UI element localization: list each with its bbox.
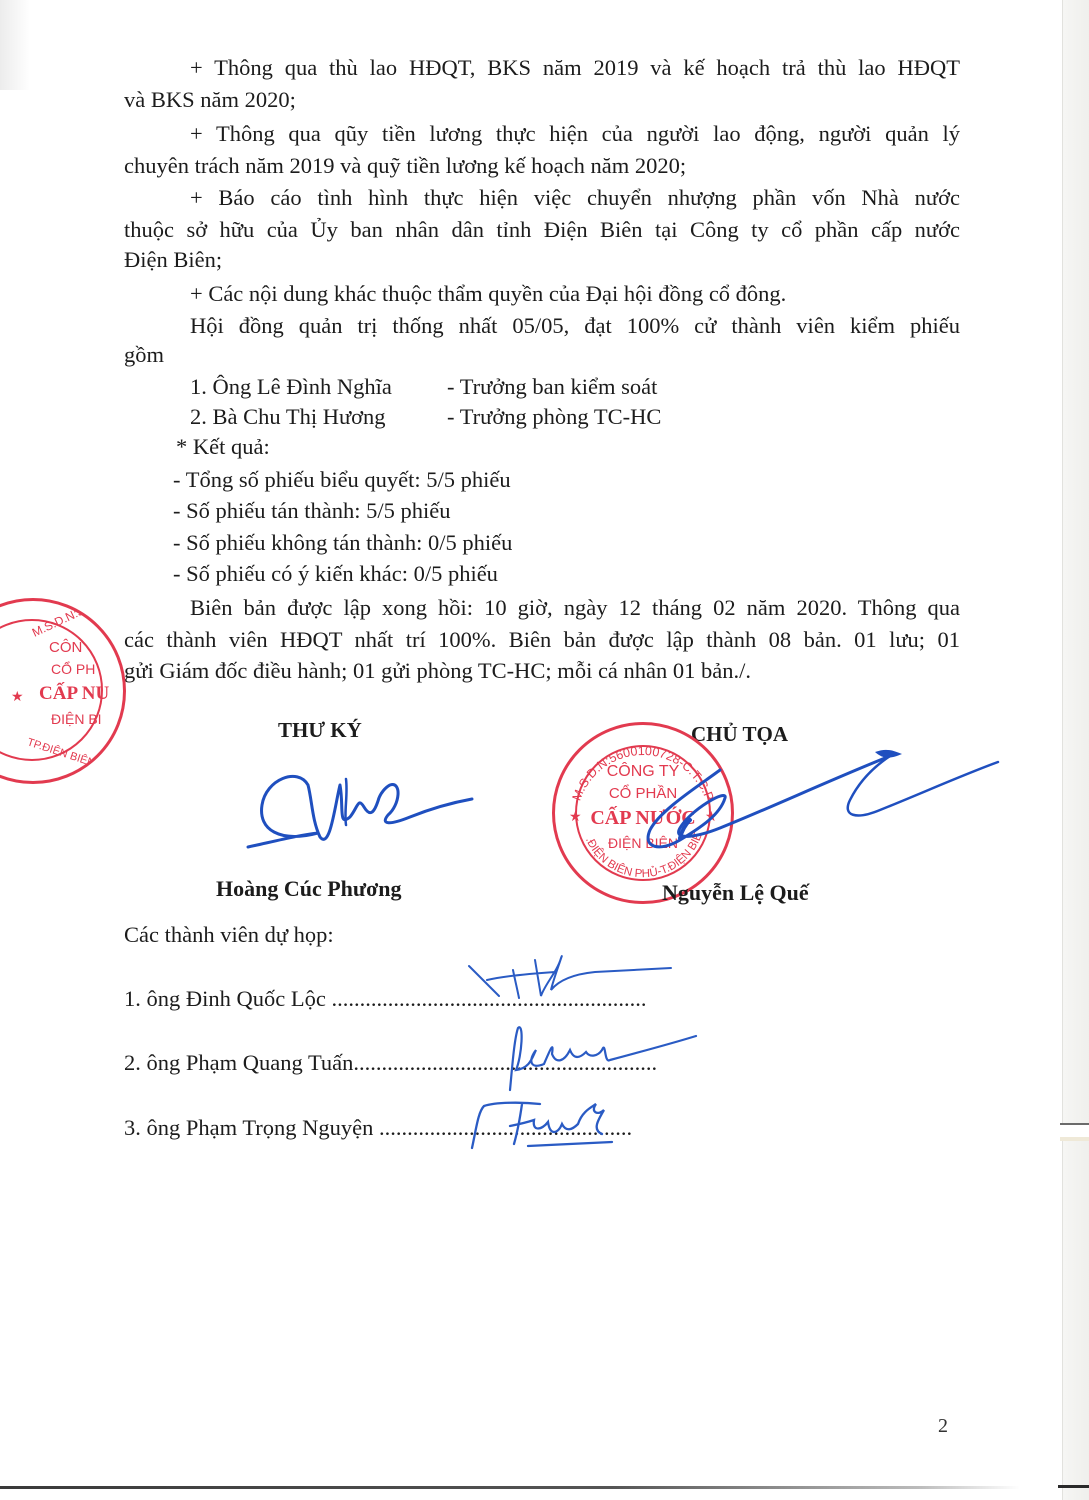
closing-line: Biên bản được lập xong hồi: 10 giờ, ngày… — [190, 592, 960, 624]
paragraph-line: + Các nội dung khác thuộc thẩm quyền của… — [190, 278, 786, 310]
paragraph-line: gồm — [124, 339, 164, 371]
closing-line: gửi Giám đốc điều hành; 01 gửi phòng TC-… — [124, 655, 751, 687]
result-line: - Số phiếu không tán thành: 0/5 phiếu — [173, 527, 512, 559]
attendee-signature-1 — [465, 950, 685, 1005]
attendee-name: 3. ông Phạm Trọng Nguyện — [124, 1115, 373, 1140]
scan-bottom-edge-right — [1058, 1485, 1089, 1488]
result-line: - Số phiếu tán thành: 5/5 phiếu — [173, 495, 450, 527]
result-line: - Tổng số phiếu biểu quyết: 5/5 phiếu — [173, 464, 511, 496]
result-line: - Số phiếu có ý kiến khác: 0/5 phiếu — [173, 558, 498, 590]
counter-name: 2. Bà Chu Thị Hương — [190, 401, 386, 433]
secretary-name: Hoàng Cúc Phương — [216, 873, 402, 905]
results-heading: * Kết quả: — [176, 431, 270, 463]
attendees-heading: Các thành viên dự họp: — [124, 919, 334, 951]
chair-signature — [620, 740, 1020, 870]
paragraph-line: Điện Biên; — [124, 244, 222, 276]
paragraph-line: và BKS năm 2020; — [124, 84, 296, 116]
counter-role: - Trưởng ban kiểm soát — [447, 371, 657, 403]
paragraph-line: + Thông qua qũy tiền lương thực hiện của… — [190, 118, 960, 150]
scan-shadow — [0, 0, 30, 90]
scan-edge-gap-bottom — [1060, 1137, 1089, 1141]
partial-company-stamp: CÔN CỔ PH CẤP NU ĐIỆN BI ★ M.S.D.N:56001… — [0, 598, 126, 784]
attendee-name: 2. ông Phạm Quang Tuấn — [124, 1050, 353, 1075]
secretary-title: THƯ KÝ — [278, 714, 362, 746]
secretary-signature — [240, 755, 490, 865]
paragraph-line: thuộc sở hữu của Ủy ban nhân dân tỉnh Đi… — [124, 214, 960, 246]
counter-name: 1. Ông Lê Đình Nghĩa — [190, 371, 392, 403]
scan-bottom-edge — [0, 1486, 1020, 1489]
closing-line: các thành viên HĐQT nhất trí 100%. Biên … — [124, 624, 960, 656]
attendee-signature-2 — [490, 1020, 700, 1095]
attendee-name: 1. ông Đinh Quốc Lộc — [124, 986, 326, 1011]
attendee-signature-3 — [462, 1090, 642, 1160]
counter-role: - Trưởng phòng TC-HC — [447, 401, 661, 433]
chair-name: Nguyễn Lệ Quế — [662, 877, 809, 909]
paragraph-line: chuyên trách năm 2019 và quỹ tiền lương … — [124, 150, 686, 182]
paragraph-line: + Báo cáo tình hình thực hiện việc chuyể… — [190, 182, 960, 214]
paragraph-line: Hội đồng quản trị thống nhất 05/05, đạt … — [190, 310, 960, 342]
page-number: 2 — [938, 1415, 948, 1438]
scan-edge-strip — [1062, 0, 1089, 1500]
paragraph-line: + Thông qua thù lao HĐQT, BKS năm 2019 v… — [190, 52, 960, 84]
